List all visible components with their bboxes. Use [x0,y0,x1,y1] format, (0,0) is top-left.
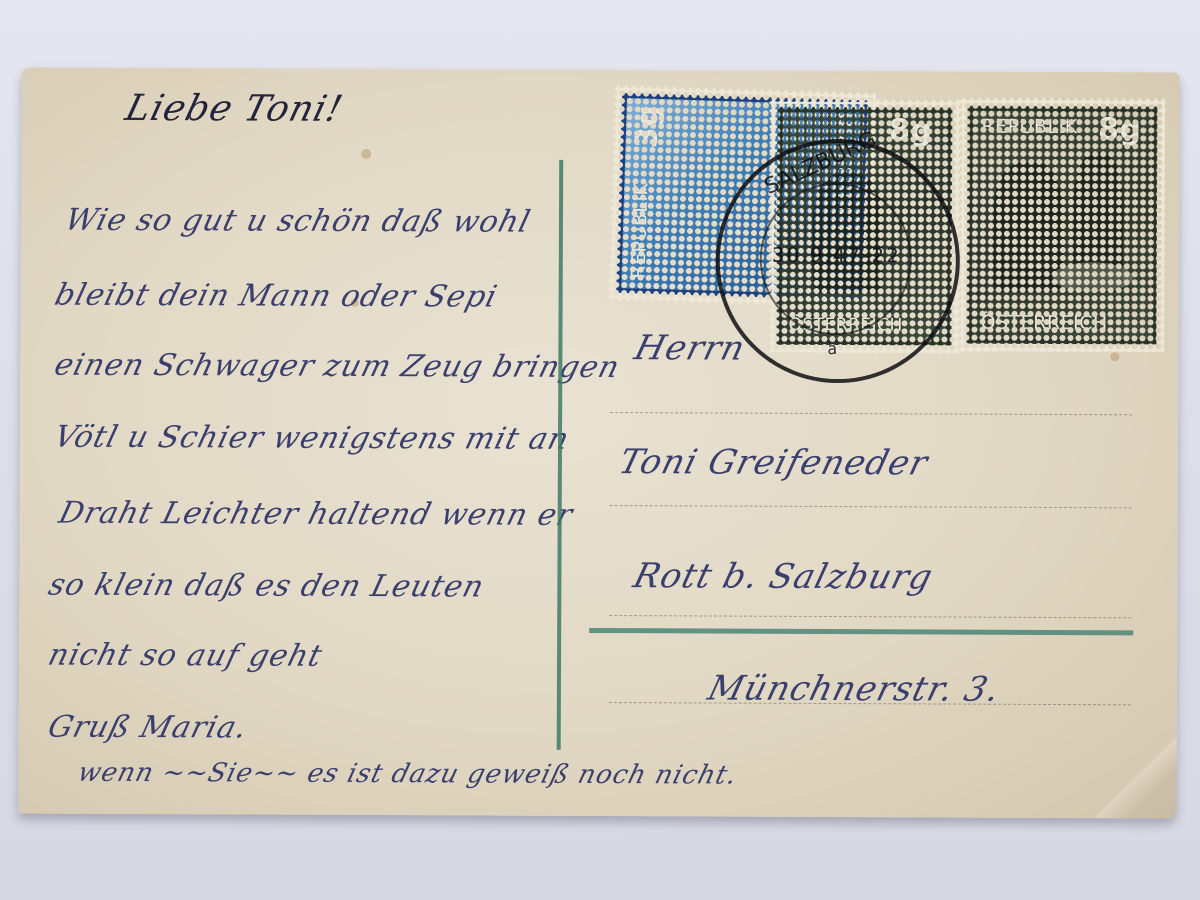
stamp-country-top: REPUBLIK [628,182,653,279]
address-name: Toni Greifeneder [615,442,933,483]
path-illustration [1053,262,1133,292]
address-salutation: Herrn [630,328,749,368]
message-line: nicht so auf geht [45,638,327,674]
postmark-date: 30.9.47-22 [772,243,901,268]
stamp-country-top: REPUBLIK [981,116,1077,138]
corner-crease [1096,738,1176,818]
stamp-value: 8g [1098,112,1142,147]
stamp-8g: REPUBLIK 8g ÖSTERREICH [958,98,1165,353]
message-line: bleibt dein Mann oder Sepi [51,278,501,315]
postmark: SALZBURG 30.9.47-22 a [715,139,960,384]
postscript: wenn ~~Sie~~ es ist dazu geweiß noch nic… [75,758,741,791]
stamp-value: 3g [630,104,666,148]
salutation: Liebe Toni! [121,88,347,130]
message-line: Vötl u Schier wenigstens mit an [51,420,574,457]
message-line: Draht Leichter haltend wenn er [55,496,577,533]
stain [361,149,371,159]
postcard: Liebe Toni! Wie so gut u schön daß wohl … [18,67,1179,818]
signature: Gruß Maria. [44,710,251,746]
address-rule [609,615,1131,618]
address-rule [610,505,1132,508]
stamp-value: 8g [889,113,933,148]
message-line: einen Schwager zum Zeug bringen [51,348,624,385]
message-line: so klein daß es den Leuten [45,568,488,605]
tree-illustration [993,162,1064,292]
postmark-letter: a [827,339,837,358]
message-line: Wie so gut u schön daß wohl [62,203,535,240]
address-underline [589,628,1133,635]
address-rule [610,412,1132,415]
stamp-country-bottom: ÖSTERREICH [980,312,1107,335]
stain [1110,352,1119,361]
address-city: Rott b. Salzburg [629,556,937,597]
address-street: Münchnerstr. 3. [704,669,1005,710]
